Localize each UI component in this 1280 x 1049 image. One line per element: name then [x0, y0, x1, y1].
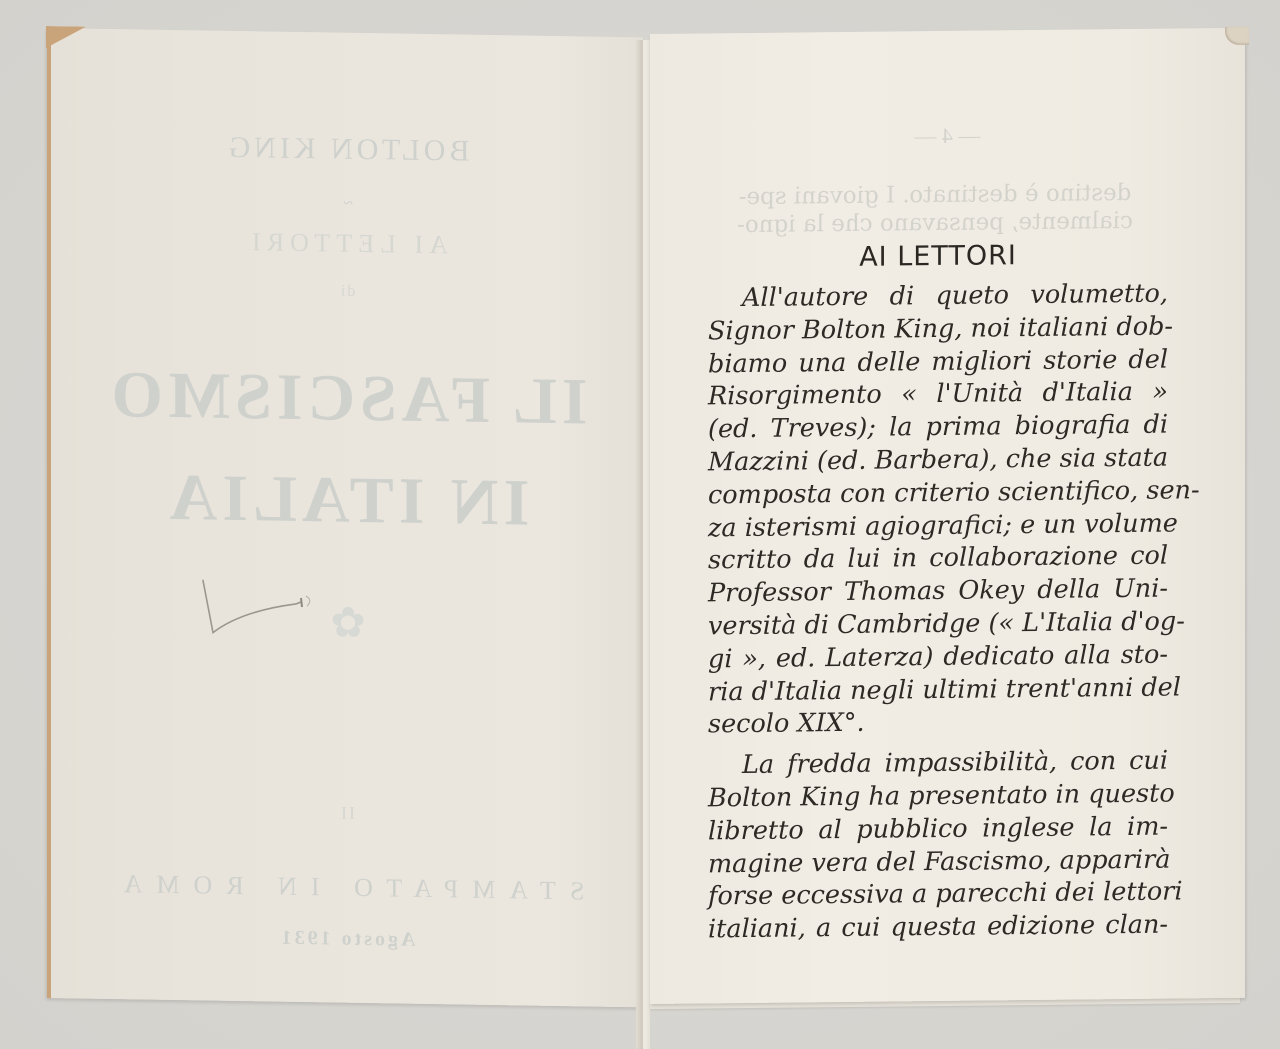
- page-heading: AI LETTORI: [708, 239, 1168, 275]
- right-page: — 4 — destino è destinato. I giovani spe…: [650, 28, 1245, 1004]
- showthrough-page-number: II: [51, 798, 643, 828]
- text-line: (ed. Treves); la prima biografia di: [708, 409, 1168, 447]
- text-line: gi », ed. Laterza) dedicato alla sto-: [708, 638, 1168, 676]
- text-line: italiani, a cui questa edizione clan-: [708, 909, 1168, 947]
- text-line: secolo XIX°.: [708, 704, 1168, 742]
- page-content: AI LETTORI All'autore di queto volumetto…: [708, 239, 1168, 947]
- showthrough-subtitle: AI LETTORI: [51, 224, 643, 263]
- text-line: Signor Bolton King, noi italiani dob-: [708, 310, 1168, 348]
- showthrough-printed-in: STAMPATO IN ROMA: [51, 868, 643, 907]
- text-line: Mazzini (ed. Barbera), che sia stata: [708, 442, 1168, 480]
- showthrough-ornament: ~: [51, 188, 643, 218]
- book-spine: [636, 40, 650, 1049]
- paragraph-2: La fredda impassibilità, con cui Bolton …: [708, 745, 1168, 947]
- text-line: ria d'Italia negli ultimi trent'anni del: [708, 671, 1168, 709]
- showthrough-preposition: di: [51, 278, 643, 305]
- text-line: scritto da lui in collaborazione col: [708, 540, 1168, 578]
- text-line: La fredda impassibilità, con cui: [708, 745, 1168, 783]
- text-line: Professor Thomas Okey della Uni-: [708, 573, 1168, 611]
- page-corner-fold: [1225, 27, 1249, 45]
- text-line: biamo una delle migliori storie del: [708, 343, 1168, 381]
- showthrough-line: cialmente, pensavano che la igno-: [700, 207, 1170, 240]
- showthrough-author: BOLTON KING: [51, 128, 643, 171]
- text-line: composta con criterio scientifico, sen-: [708, 474, 1168, 512]
- text-line: forse eccessiva a parecchi dei lettori: [708, 876, 1168, 914]
- pencil-mark-icon: [201, 570, 361, 643]
- left-page: BOLTON KING ~ AI LETTORI di IL FASCISMO …: [47, 28, 643, 1007]
- showthrough-title-line2: IN ITALIA: [51, 458, 643, 543]
- text-line: Bolton King ha presentato in questo: [708, 778, 1168, 816]
- text-line: libretto al pubblico inglese la im-: [708, 810, 1168, 848]
- showthrough-date: Agosto 1931: [51, 923, 643, 955]
- showthrough-title-line1: IL FASCISMO: [51, 356, 643, 441]
- text-line: Risorgimento « l'Unità d'Italia »: [708, 376, 1168, 414]
- text-line: All'autore di queto volumetto,: [708, 278, 1168, 316]
- page-corner-fold: [46, 26, 86, 49]
- text-line: za isterismi agiografici; e un volume: [708, 507, 1168, 545]
- paragraph-1: All'autore di queto volumetto, Signor Bo…: [708, 278, 1168, 742]
- showthrough-page-number: — 4 —: [650, 120, 1245, 152]
- text-line: magine vera del Fascismo, apparirà: [708, 843, 1168, 881]
- text-line: versità di Cambridge (« L'Italia d'og-: [708, 606, 1168, 644]
